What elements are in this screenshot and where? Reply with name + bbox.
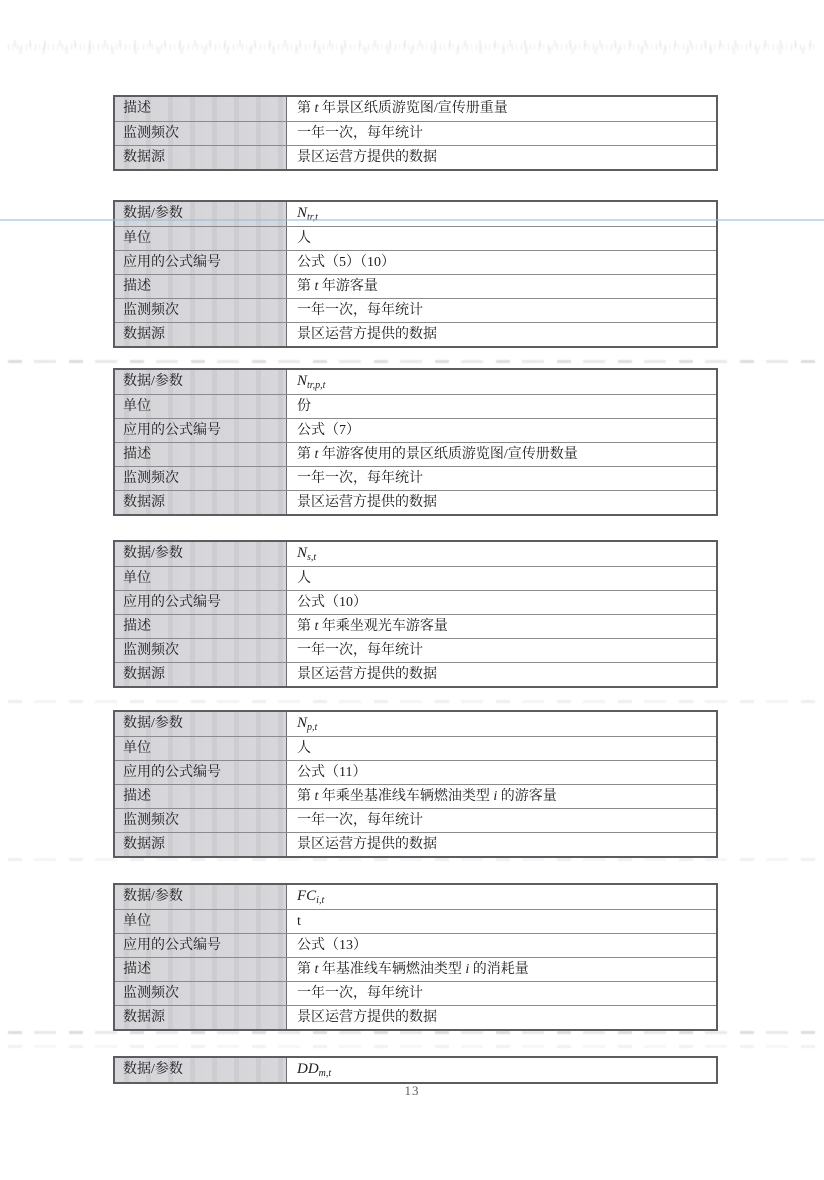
parameter-table-N-tr-t: 数据/参数Ntr,t单位人应用的公式编号公式（5）（10）描述第 t 年游客量监… [113, 200, 718, 348]
value-text: 第 [297, 447, 315, 462]
row-label: 数据/参数 [115, 202, 287, 226]
value-text: 景区运营方提供的数据 [297, 667, 437, 682]
value-text: 一年一次，每年统计 [297, 986, 423, 1001]
row-label: 数据源 [115, 491, 287, 514]
row-value: 公式（13） [287, 934, 716, 957]
parameter-table-N-s-t: 数据/参数Ns,t单位人应用的公式编号公式（10）描述第 t 年乘坐观光车游客量… [113, 540, 718, 688]
row-value: 一年一次，每年统计 [287, 639, 716, 662]
row-value: 公式（7） [287, 419, 716, 442]
value-text: N [297, 545, 307, 561]
row-label: 监测频次 [115, 122, 287, 145]
row-label: 描述 [115, 615, 287, 638]
row-value: 景区运营方提供的数据 [287, 833, 716, 856]
table-row: 数据源景区运营方提供的数据 [115, 490, 716, 514]
row-value: Ntr,p,t [287, 370, 716, 394]
table-row: 数据/参数FCi,t [115, 885, 716, 909]
row-label: 应用的公式编号 [115, 591, 287, 614]
table-row: 描述第 t 年景区纸质游览图/宣传册重量 [115, 97, 716, 121]
table-row: 描述第 t 年乘坐观光车游客量 [115, 614, 716, 638]
value-text: 第 [297, 619, 315, 634]
row-label: 单位 [115, 737, 287, 760]
row-value: Ntr,t [287, 202, 716, 226]
value-text: 第 [297, 962, 315, 977]
table-row: 监测频次一年一次，每年统计 [115, 121, 716, 145]
table-row: 数据/参数Ns,t [115, 542, 716, 566]
row-label: 描述 [115, 443, 287, 466]
table-row: 数据/参数DDm,t [115, 1058, 716, 1082]
row-value: 景区运营方提供的数据 [287, 491, 716, 514]
row-value: 人 [287, 567, 716, 590]
value-text: N [297, 715, 307, 731]
value-text: 公式（11） [297, 765, 366, 780]
row-label: 数据源 [115, 663, 287, 686]
value-text: 景区运营方提供的数据 [297, 1010, 437, 1025]
value-text: 公式（7） [297, 423, 360, 438]
row-value: 份 [287, 395, 716, 418]
parameter-subscript: tr,t [307, 212, 318, 223]
table-row: 应用的公式编号公式（13） [115, 933, 716, 957]
table-row: 数据/参数Ntr,t [115, 202, 716, 226]
value-text: 第 [297, 789, 315, 804]
value-text: 公式（10） [297, 595, 367, 610]
table-row: 单位人 [115, 226, 716, 250]
table-row: 单位份 [115, 394, 716, 418]
row-label: 监测频次 [115, 467, 287, 490]
value-text: 人 [297, 741, 311, 756]
parameter-table-continued: 描述第 t 年景区纸质游览图/宣传册重量监测频次一年一次，每年统计数据源景区运营… [113, 95, 718, 171]
value-text: 的游客量 [497, 789, 557, 804]
table-row: 数据/参数Ntr,p,t [115, 370, 716, 394]
row-label: 描述 [115, 785, 287, 808]
row-value: 第 t 年游客使用的景区纸质游览图/宣传册数量 [287, 443, 716, 466]
value-text: 一年一次，每年统计 [297, 643, 423, 658]
row-label: 监测频次 [115, 299, 287, 322]
table-row: 单位t [115, 909, 716, 933]
value-text: 年游客使用的景区纸质游览图/宣传册数量 [318, 447, 577, 462]
row-value: 公式（10） [287, 591, 716, 614]
scan-noise-band [8, 38, 816, 54]
value-text: 第 [297, 101, 315, 116]
parameter-table-FC-i-t: 数据/参数FCi,t单位t应用的公式编号公式（13）描述第 t 年基准线车辆燃油… [113, 883, 718, 1031]
row-value: 第 t 年基准线车辆燃油类型 i 的消耗量 [287, 958, 716, 981]
value-text: 一年一次，每年统计 [297, 126, 423, 141]
table-row: 描述第 t 年基准线车辆燃油类型 i 的消耗量 [115, 957, 716, 981]
row-label: 应用的公式编号 [115, 761, 287, 784]
table-row: 监测频次一年一次，每年统计 [115, 981, 716, 1005]
row-label: 描述 [115, 275, 287, 298]
value-text: DD [297, 1061, 319, 1077]
value-text: FC [297, 888, 316, 904]
scan-streak [8, 1045, 816, 1048]
value-text: 景区运营方提供的数据 [297, 495, 437, 510]
value-text: 份 [297, 399, 311, 414]
row-label: 单位 [115, 227, 287, 250]
row-value: 公式（5）（10） [287, 251, 716, 274]
value-text: 的消耗量 [469, 962, 529, 977]
scan-streak [8, 1031, 816, 1034]
table-row: 监测频次一年一次，每年统计 [115, 638, 716, 662]
table-row: 描述第 t 年游客使用的景区纸质游览图/宣传册数量 [115, 442, 716, 466]
row-label: 应用的公式编号 [115, 419, 287, 442]
row-value: 公式（11） [287, 761, 716, 784]
row-label: 监测频次 [115, 639, 287, 662]
row-label: 单位 [115, 910, 287, 933]
value-text: 公式（13） [297, 938, 367, 953]
value-text: 年游客量 [318, 279, 378, 294]
row-value: t [287, 910, 716, 933]
row-value: 人 [287, 737, 716, 760]
value-text: 一年一次，每年统计 [297, 303, 423, 318]
value-text: 人 [297, 571, 311, 586]
row-label: 数据/参数 [115, 370, 287, 394]
scan-streak [8, 360, 816, 363]
row-label: 监测频次 [115, 982, 287, 1005]
value-text: 年景区纸质游览图/宣传册重量 [318, 101, 507, 116]
row-label: 数据源 [115, 146, 287, 169]
value-text: 景区运营方提供的数据 [297, 150, 437, 165]
parameter-table-DD-m-t: 数据/参数DDm,t [113, 1056, 718, 1084]
parameter-table-N-p-t: 数据/参数Np,t单位人应用的公式编号公式（11）描述第 t 年乘坐基准线车辆燃… [113, 710, 718, 858]
row-value: 第 t 年景区纸质游览图/宣传册重量 [287, 97, 716, 121]
parameter-subscript: i,t [316, 895, 324, 906]
value-text: 第 [297, 279, 315, 294]
value-text: 景区运营方提供的数据 [297, 327, 437, 342]
value-text: 公式（5）（10） [297, 255, 395, 270]
parameter-subscript: s,t [307, 552, 316, 563]
row-label: 单位 [115, 567, 287, 590]
row-value: 一年一次，每年统计 [287, 809, 716, 832]
faint-blue-ruled-line [0, 219, 824, 221]
row-label: 数据/参数 [115, 1058, 287, 1082]
table-row: 应用的公式编号公式（7） [115, 418, 716, 442]
value-text: 年基准线车辆燃油类型 [318, 962, 465, 977]
row-value: Np,t [287, 712, 716, 736]
table-row: 数据源景区运营方提供的数据 [115, 145, 716, 169]
table-row: 数据源景区运营方提供的数据 [115, 832, 716, 856]
table-row: 单位人 [115, 736, 716, 760]
table-row: 单位人 [115, 566, 716, 590]
row-value: 景区运营方提供的数据 [287, 663, 716, 686]
row-value: 第 t 年乘坐基准线车辆燃油类型 i 的游客量 [287, 785, 716, 808]
value-text: 景区运营方提供的数据 [297, 837, 437, 852]
row-value: 一年一次，每年统计 [287, 467, 716, 490]
row-label: 数据源 [115, 323, 287, 346]
table-row: 监测频次一年一次，每年统计 [115, 466, 716, 490]
parameter-table-N-tr-p-t: 数据/参数Ntr,p,t单位份应用的公式编号公式（7）描述第 t 年游客使用的景… [113, 368, 718, 516]
table-row: 应用的公式编号公式（5）（10） [115, 250, 716, 274]
row-label: 数据源 [115, 833, 287, 856]
row-value: 第 t 年乘坐观光车游客量 [287, 615, 716, 638]
row-value: DDm,t [287, 1058, 716, 1082]
row-label: 描述 [115, 97, 287, 121]
table-row: 数据源景区运营方提供的数据 [115, 1005, 716, 1029]
row-label: 数据/参数 [115, 542, 287, 566]
row-label: 数据/参数 [115, 885, 287, 909]
row-label: 应用的公式编号 [115, 934, 287, 957]
value-text: 一年一次，每年统计 [297, 471, 423, 486]
table-row: 监测频次一年一次，每年统计 [115, 808, 716, 832]
parameter-subscript: p,t [307, 722, 317, 733]
table-row: 数据源景区运营方提供的数据 [115, 322, 716, 346]
row-label: 数据/参数 [115, 712, 287, 736]
table-row: 数据/参数Np,t [115, 712, 716, 736]
row-value: 第 t 年游客量 [287, 275, 716, 298]
row-value: 景区运营方提供的数据 [287, 323, 716, 346]
table-row: 描述第 t 年乘坐基准线车辆燃油类型 i 的游客量 [115, 784, 716, 808]
row-label: 数据源 [115, 1006, 287, 1029]
scan-streak [8, 700, 816, 703]
table-row: 数据源景区运营方提供的数据 [115, 662, 716, 686]
row-value: FCi,t [287, 885, 716, 909]
value-text: 一年一次，每年统计 [297, 813, 423, 828]
page-number: 13 [0, 1083, 824, 1099]
scanned-document-page: 描述第 t 年景区纸质游览图/宣传册重量监测频次一年一次，每年统计数据源景区运营… [0, 0, 824, 1180]
value-text: 年乘坐观光车游客量 [318, 619, 448, 634]
scan-streak [8, 858, 816, 861]
value-text: N [297, 373, 307, 389]
value-text: 人 [297, 231, 311, 246]
row-value: 人 [287, 227, 716, 250]
row-value: Ns,t [287, 542, 716, 566]
table-row: 描述第 t 年游客量 [115, 274, 716, 298]
table-row: 应用的公式编号公式（11） [115, 760, 716, 784]
row-value: 一年一次，每年统计 [287, 982, 716, 1005]
row-label: 描述 [115, 958, 287, 981]
row-label: 单位 [115, 395, 287, 418]
value-text: t [297, 914, 301, 929]
value-text: 年乘坐基准线车辆燃油类型 [318, 789, 493, 804]
row-value: 一年一次，每年统计 [287, 122, 716, 145]
row-value: 一年一次，每年统计 [287, 299, 716, 322]
table-row: 应用的公式编号公式（10） [115, 590, 716, 614]
parameter-subscript: tr,p,t [307, 380, 325, 391]
row-label: 应用的公式编号 [115, 251, 287, 274]
parameter-subscript: m,t [319, 1068, 332, 1079]
table-row: 监测频次一年一次，每年统计 [115, 298, 716, 322]
row-value: 景区运营方提供的数据 [287, 1006, 716, 1029]
row-value: 景区运营方提供的数据 [287, 146, 716, 169]
row-label: 监测频次 [115, 809, 287, 832]
